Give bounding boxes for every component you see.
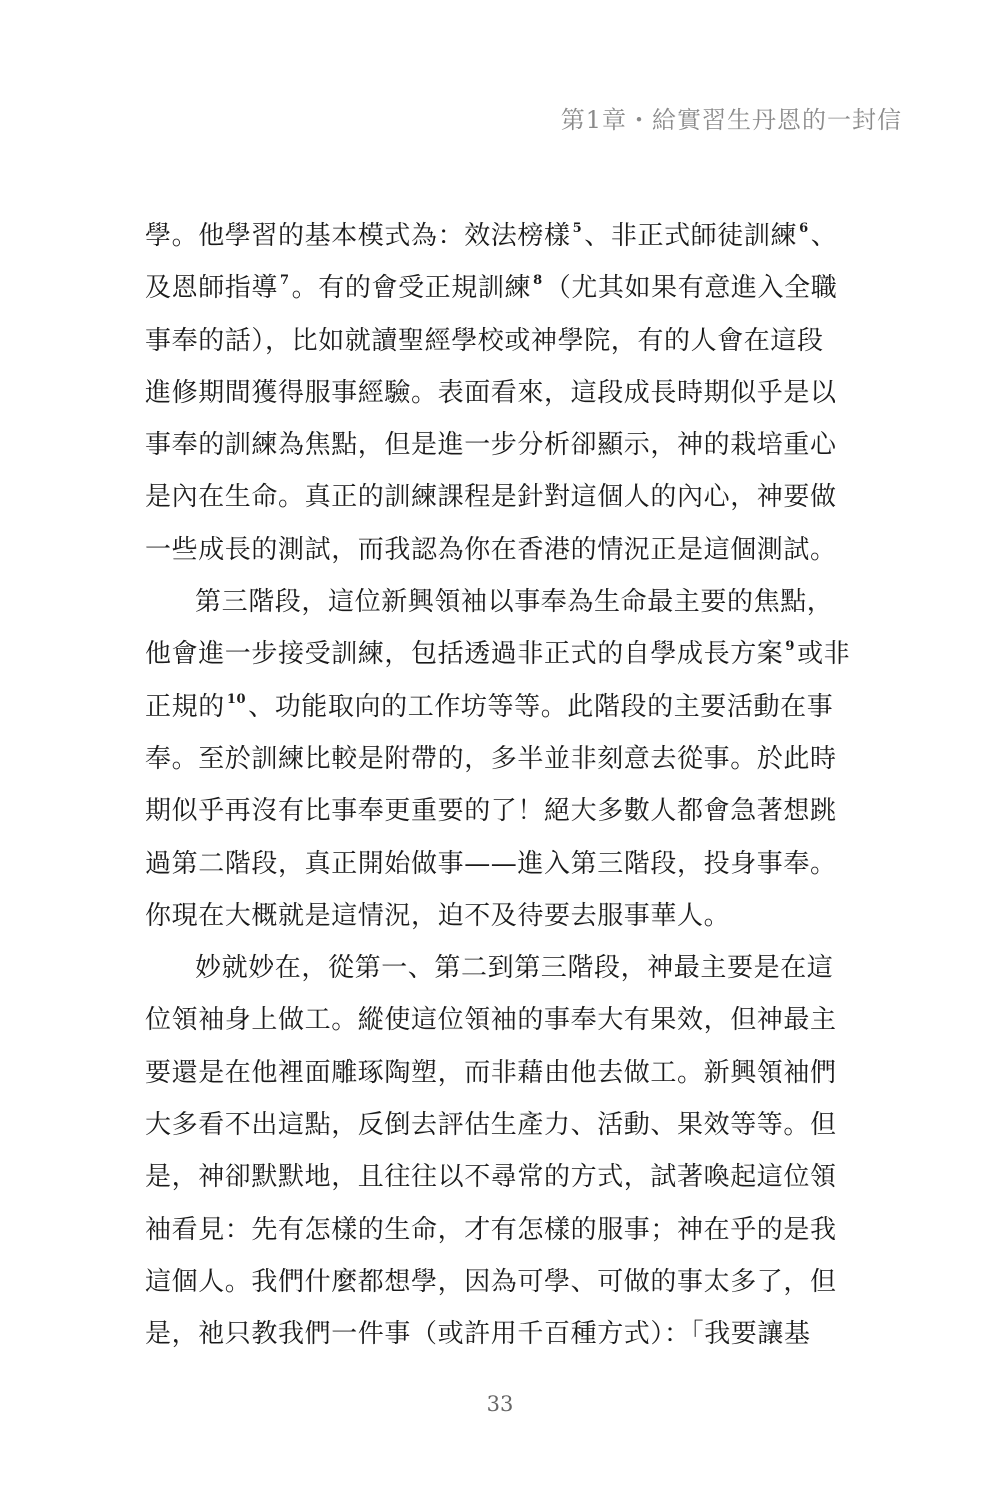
text-segment: 正規的	[145, 692, 225, 722]
text-line: 及恩師指導7。有的會受正規訓練8（尤其如果有意進入全職	[145, 262, 835, 314]
text-segment: 你現在大概就是這情況，迫不及待要去服事華人。	[145, 901, 730, 931]
footnote-marker: 8	[533, 273, 543, 288]
text-segment: 及恩師指導	[145, 273, 278, 303]
text-segment: 第三階段，這位新興領袖以事奉為生命最主要的焦點，	[195, 587, 833, 617]
text-line: 正規的10、功能取向的工作坊等等。此階段的主要活動在事	[145, 681, 835, 733]
text-segment: 或非	[797, 639, 850, 669]
text-segment: 袖看見：先有怎樣的生命，才有怎樣的服事；神在乎的是我	[145, 1215, 837, 1245]
text-segment: 這個人。我們什麼都想學，因為可學、可做的事太多了，但	[145, 1267, 837, 1297]
footnote-marker: 6	[799, 221, 809, 236]
text-segment: 過第二階段，真正開始做事——進入第三階段，投身事奉。	[145, 849, 837, 879]
text-line: 學。他學習的基本模式為：效法榜樣5、非正式師徒訓練6、	[145, 210, 835, 262]
text-segment: 期似乎再沒有比事奉更重要的了！絕大多數人都會急著想跳	[145, 796, 837, 826]
text-segment: 進修期間獲得服事經驗。表面看來，這段成長時期似乎是以	[145, 378, 837, 408]
text-line: 一些成長的測試，而我認為你在香港的情況正是這個測試。	[145, 524, 835, 576]
text-segment: 是，祂只教我們一件事（或許用千百種方式）：「我要讓基	[145, 1319, 811, 1349]
footnote-marker: 10	[227, 692, 246, 707]
text-segment: 大多看不出這點，反倒去評估生產力、活動、果效等等。但	[145, 1110, 837, 1140]
text-segment: 一些成長的測試，而我認為你在香港的情況正是這個測試。	[145, 535, 837, 565]
text-line: 事奉的話），比如就讀聖經學校或神學院，有的人會在這段	[145, 315, 835, 367]
text-segment: 是內在生命。真正的訓練課程是針對這個人的內心，神要做	[145, 482, 837, 512]
text-segment: 事奉的話），比如就讀聖經學校或神學院，有的人會在這段	[145, 326, 824, 356]
text-segment: 。有的會受正規訓練	[292, 273, 531, 303]
text-line: 袖看見：先有怎樣的生命，才有怎樣的服事；神在乎的是我	[145, 1204, 835, 1256]
text-line: 是，神卻默默地，且往往以不尋常的方式，試著喚起這位領	[145, 1151, 835, 1203]
text-line: 第三階段，這位新興領袖以事奉為生命最主要的焦點，	[145, 576, 835, 628]
footnote-marker: 5	[573, 221, 583, 236]
text-line: 大多看不出這點，反倒去評估生產力、活動、果效等等。但	[145, 1099, 835, 1151]
text-segment: 、功能取向的工作坊等等。此階段的主要活動在事	[248, 692, 833, 722]
text-line: 這個人。我們什麼都想學，因為可學、可做的事太多了，但	[145, 1256, 835, 1308]
text-line: 是，祂只教我們一件事（或許用千百種方式）：「我要讓基	[145, 1308, 835, 1360]
text-line: 要還是在他裡面雕琢陶塑，而非藉由他去做工。新興領袖們	[145, 1047, 835, 1099]
text-line: 他會進一步接受訓練，包括透過非正式的自學成長方案9或非	[145, 628, 835, 680]
text-line: 進修期間獲得服事經驗。表面看來，這段成長時期似乎是以	[145, 367, 835, 419]
text-segment: 奉。至於訓練比較是附帶的，多半並非刻意去從事。於此時	[145, 744, 837, 774]
text-line: 是內在生命。真正的訓練課程是針對這個人的內心，神要做	[145, 471, 835, 523]
body-text: 學。他學習的基本模式為：效法榜樣5、非正式師徒訓練6、及恩師指導7。有的會受正規…	[145, 210, 835, 1361]
text-line: 位領袖身上做工。縱使這位領袖的事奉大有果效，但神最主	[145, 994, 835, 1046]
text-segment: 、非正式師徒訓練	[584, 221, 797, 251]
text-line: 期似乎再沒有比事奉更重要的了！絕大多數人都會急著想跳	[145, 785, 835, 837]
text-segment: 妙就妙在，從第一、第二到第三階段，神最主要是在這	[195, 953, 833, 983]
text-segment: （尤其如果有意進入全職	[545, 273, 838, 303]
footnote-marker: 9	[785, 639, 795, 654]
footnote-marker: 7	[280, 273, 290, 288]
text-segment: 他會進一步接受訓練，包括透過非正式的自學成長方案	[145, 639, 783, 669]
text-segment: 位領袖身上做工。縱使這位領袖的事奉大有果效，但神最主	[145, 1005, 837, 1035]
text-line: 過第二階段，真正開始做事——進入第三階段，投身事奉。	[145, 838, 835, 890]
page-number: 33	[0, 1392, 1000, 1416]
text-line: 事奉的訓練為焦點，但是進一步分析卻顯示，神的栽培重心	[145, 419, 835, 471]
text-line: 你現在大概就是這情況，迫不及待要去服事華人。	[145, 890, 835, 942]
text-line: 妙就妙在，從第一、第二到第三階段，神最主要是在這	[145, 942, 835, 994]
text-line: 奉。至於訓練比較是附帶的，多半並非刻意去從事。於此時	[145, 733, 835, 785]
text-segment: 、	[811, 221, 838, 251]
text-segment: 學。他學習的基本模式為：效法榜樣	[145, 221, 571, 251]
text-segment: 事奉的訓練為焦點，但是進一步分析卻顯示，神的栽培重心	[145, 430, 837, 460]
running-header: 第1章・給實習生丹恩的一封信	[561, 100, 902, 135]
text-segment: 要還是在他裡面雕琢陶塑，而非藉由他去做工。新興領袖們	[145, 1058, 837, 1088]
text-segment: 是，神卻默默地，且往往以不尋常的方式，試著喚起這位領	[145, 1162, 837, 1192]
